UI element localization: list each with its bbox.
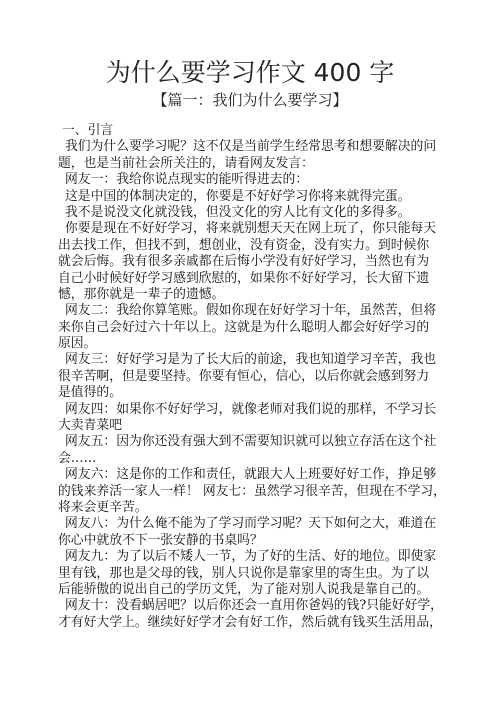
text-line: 大卖青菜吧: [58, 418, 454, 434]
document-body: 一、引言 我们为什么要学习呢？这不仅是当前学生经常思考和想要解决的问题，也是当前…: [58, 123, 454, 631]
text-line: 网友二：我给你算笔账。假如你现在好好学习十年，虽然苦，但将: [58, 303, 454, 319]
document-page: 为什么要学习作文 400 字 【篇一：我们为什么要学习】 一、引言 我们为什么要…: [0, 0, 500, 707]
document-subtitle: 【篇一：我们为什么要学习】: [0, 90, 500, 110]
text-line: 里有钱，那也是父母的钱，别人只说你是靠家里的寄生虫。为了以: [58, 566, 454, 582]
text-line: 憾，那你就是一辈子的遗憾。: [58, 287, 454, 303]
text-line: 网友一：我给你说点现实的能听得进去的：: [58, 172, 454, 188]
text-line: 网友九：为了以后不矮人一节，为了好的生活、好的地位。即使家: [58, 549, 454, 565]
document-title: 为什么要学习作文 400 字: [0, 58, 500, 88]
text-line: 网友六：这是你的工作和责任，就跟大人上班要好好工作，挣足够: [58, 467, 454, 483]
text-line: 题，也是当前社会所关注的，请看网友发言：: [58, 156, 454, 172]
text-line: 很辛苦啊，但是要坚持。你要有恒心，信心，以后你就会感到努力: [58, 369, 454, 385]
paragraph-lines: 我们为什么要学习呢？这不仅是当前学生经常思考和想要解决的问题，也是当前社会所关注…: [58, 139, 454, 631]
text-line: 的钱来养活一家人一样！ 网友七：虽然学习很辛苦，但现在不学习，: [58, 484, 454, 500]
text-line: 网友四：如果你不好好学习，就像老师对我们说的那样，不学习长: [58, 402, 454, 418]
section-heading: 一、引言: [58, 123, 454, 139]
text-line: 我不是说没文化就没钱，但没文化的穷人比有文化的多得多。: [58, 205, 454, 221]
text-line: 你心中就放不下一张安静的书桌吗？: [58, 533, 454, 549]
text-line: 网友三：好好学习是为了长大后的前途，我也知道学习辛苦，我也: [58, 352, 454, 368]
text-line: 将来会更辛苦。: [58, 500, 454, 516]
text-line: 原因。: [58, 336, 454, 352]
text-line: 我们为什么要学习呢？这不仅是当前学生经常思考和想要解决的问: [58, 139, 454, 155]
text-line: 出去找工作，但找不到，想创业，没有资金，没有实力。到时候你: [58, 238, 454, 254]
text-line: 这是中国的体制决定的，你要是不好好学习你将来就得完蛋。: [58, 189, 454, 205]
text-line: 会……: [58, 451, 454, 467]
text-line: 后能骄傲的说出自己的学历文凭，为了能对别人说我是靠自己的。: [58, 582, 454, 598]
text-line: 自己小时候好好学习感到欣慰的，如果你不好好学习，长大留下遗: [58, 271, 454, 287]
text-line: 网友十：没看蜗居吧？以后你还会一直用你爸妈的钱?只能好好学，: [58, 598, 454, 614]
text-line: 来你自己会好过六十年以上。这就是为什么聪明人都会好好学习的: [58, 320, 454, 336]
text-line: 网友八：为什么俺不能为了学习而学习呢？天下如何之大，难道在: [58, 516, 454, 532]
text-line: 网友五：因为你还没有强大到不需要知识就可以独立存活在这个社: [58, 434, 454, 450]
text-line: 是值得的。: [58, 385, 454, 401]
text-line: 你要是现在不好好学习，将来就别想天天在网上玩了，你只能每天: [58, 221, 454, 237]
text-line: 才有好大学上。继续好好学才会有好工作，然后就有钱买生活用品，: [58, 615, 454, 631]
text-line: 就会后悔。我有很多亲戚都在后悔小学没有好好学习，当然也有为: [58, 254, 454, 270]
